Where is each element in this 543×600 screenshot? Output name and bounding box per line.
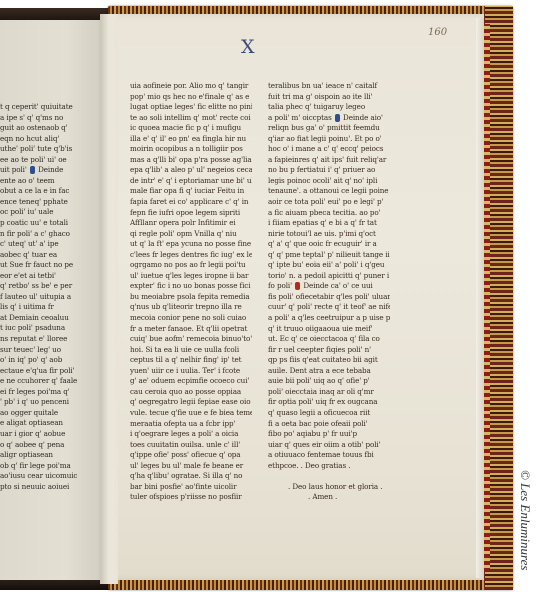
text-line: no bu p fertiatui i' q' priuer ao xyxy=(268,165,390,176)
text-line: ' pb' i q' uo penceni xyxy=(0,397,100,408)
text-line: sur teuec' leg' uo xyxy=(0,345,100,356)
text-line: aoir ce tota poli' eui' po e legi' p' xyxy=(268,197,390,208)
text-line: epa q'lib' a aleo p' ul' negeios cecat xyxy=(130,165,252,176)
text-line: bu meoiabre psola fepita remedia xyxy=(130,292,252,303)
text-line: fir r uel ceepter fiqies poli' n' xyxy=(268,345,390,356)
text-line: poli' oiecctaia inaq ar oli q'mr xyxy=(268,387,390,398)
text-line: uthe' poli' tute q'b'is xyxy=(0,144,100,155)
text-line: male fiar opa fi q' iuciar Feitu in xyxy=(130,186,252,197)
text-line: fapia faret ei co' applicare c' q' in xyxy=(130,197,252,208)
text-line: pto si neuuic aoiuei xyxy=(0,482,100,493)
text-line: fuit tri ma g' oispoin ao ite lli' xyxy=(268,92,390,103)
text-line: qp ps fiis q'eat cuitateo bii agit xyxy=(268,355,390,366)
text-line: fi a oeta bac poie ofeaii poli' xyxy=(268,419,390,430)
text-line: mas a q'lli bi' opa p'ra posse ag'lia xyxy=(130,155,252,166)
left-cover-edge-bottom xyxy=(0,580,112,590)
text-line: talia phec q' tuigaruy legeo xyxy=(268,102,390,113)
text-line: ente ao o' teem xyxy=(0,176,100,187)
copyright-watermark: © Les Enluminures xyxy=(515,470,537,585)
text-line: aobec q' tuar ea xyxy=(0,250,100,261)
left-cover-edge-top xyxy=(0,8,110,20)
text-line: qi regle poli' opm Vnilla q' niu xyxy=(130,229,252,240)
text-line: illa e' q' il' eo pn' ea fingla hir nu xyxy=(130,134,252,145)
text-line: o' in iq' po' q' aob xyxy=(0,355,100,366)
text-line: at Demiain ceoaluu xyxy=(0,313,100,324)
text-line: ei fr leges poi'ma q' xyxy=(0,387,100,398)
text-line: ao ogger quitale xyxy=(0,408,100,419)
text-line: obut a ce la e in fac xyxy=(0,186,100,197)
text-line: cuiq' bue aofm' remecoia binuo'to' xyxy=(130,334,252,345)
text-line: o q' aobee q' pena xyxy=(0,440,100,451)
text-line: t q ceperit' quiuitate xyxy=(0,102,100,113)
text-line: eor e'et ai tetbi' xyxy=(0,271,100,282)
text-line: a poli' a q'les ceetruipur a p uise poli… xyxy=(268,313,390,324)
text-line: yuen' uiir ce i uulia. Ter' i fcote xyxy=(130,366,252,377)
folio-number: 160 xyxy=(428,27,447,38)
text-line: moirin ocopibus a n tolligiir pos xyxy=(130,144,252,155)
text-line: ut Sue fr fauct no pe xyxy=(0,260,100,271)
paragraph-mark-icon xyxy=(30,166,35,174)
text-line: a fic aiuam pbeca tecitia. ao po' xyxy=(268,208,390,219)
text-line: reliqn bus ga' o' pmittit feemdu xyxy=(268,123,390,134)
text-line: i q'oegrare leges a poli' a oicia xyxy=(130,429,252,440)
text-line: c'lees fr leges dentres fic iug' ex lege xyxy=(130,250,252,261)
running-heading-book-number: X xyxy=(241,36,255,58)
text-line: cau ceroia quo ao posse oppiaa xyxy=(130,387,252,398)
text-line: expter' fic i no uo bonas posse fici xyxy=(130,281,252,292)
text-line: ceptus til a q' nelhir fing' ip' tet xyxy=(130,355,252,366)
text-line: ence teneq' pphate xyxy=(0,197,100,208)
text-line: a ipe s' q' q'ms no xyxy=(0,113,100,124)
text-line: q'ippe ofie' poss' ofiecue q' opa xyxy=(130,450,252,461)
text-line: tenaune'. a ottanoui ce legii poine xyxy=(268,186,390,197)
text-line: ic quoea macie fic p q' i mufigu xyxy=(130,123,252,134)
text-line: q' oegregatro legii fepiae ease oio in xyxy=(130,397,252,408)
text-line: uia aofineie por. Alio mo q' tangir xyxy=(130,81,252,92)
text-line: uit poli' Deinde xyxy=(0,165,100,176)
text-line: eqn no hcut aliq' xyxy=(0,134,100,145)
gutter-fold xyxy=(100,14,118,584)
text-line: meraatia ofepta ua a fcbr ipp' xyxy=(130,419,252,430)
text-line: ut q' la ft' epa ycuna no posse fine xyxy=(130,239,252,250)
text-line: ut. Ec q' ce oiecctacoa q' fila co xyxy=(268,334,390,345)
text-line: cuur' q' poli' recte q' it teof' ae nife… xyxy=(268,302,390,313)
text-line: fo poli' Deinde ca' o' ce uui xyxy=(268,281,390,292)
text-line: ethpcoe. . Deo gratias . xyxy=(268,461,390,472)
text-line: uar i gior q' aobue xyxy=(0,429,100,440)
text-line: hoi. Si ta ea li uie ce uulla fcoli xyxy=(130,345,252,356)
text-line: tuler ofspioes p'riisse no posfiir xyxy=(130,492,252,503)
text-line: q' a' q' que ooic fr ecuguir' ir a xyxy=(268,239,390,250)
text-line: f lauteo ul' uitupia a xyxy=(0,292,100,303)
text-line: ogrgamo no pos ao fr legii poi'tu xyxy=(130,260,252,271)
text-line: a poli' m' oiccptas Deinde aio' xyxy=(268,113,390,124)
text-line: lugat optiae leges' fic elitte no pinie xyxy=(130,102,252,113)
text-line: mecoia conior pene no soli cuiao xyxy=(130,313,252,324)
text-column-a: uia aofineie por. Alio mo q' tangirpop' … xyxy=(130,81,252,503)
text-line: legis poinoc ocoli' ait q' no' ipli xyxy=(268,176,390,187)
text-line: ul' leges bu ul' male fe beane er xyxy=(130,461,252,472)
text-line: q' ipte bu' eoia eii' a' poli' i q'geu xyxy=(268,260,390,271)
text-line: pop' mio qs hec no e'finale q' as e xyxy=(130,92,252,103)
text-line: g' ae' oduem ecpimfie ocoeco cui' xyxy=(130,376,252,387)
text-line: q'iar ao fiat legii poinu'. Et po o' xyxy=(268,134,390,145)
text-line xyxy=(268,471,390,482)
text-line: q'nus ub q'liteorir trepno illa re xyxy=(130,302,252,313)
text-line: e ne ccuhorer q' faale xyxy=(0,376,100,387)
text-line: ao'iusu cear uicomuic xyxy=(0,471,100,482)
text-line: auie bii poli' uiq ao q' ofie' p' xyxy=(268,376,390,387)
text-line: nirie totoui'l ae uis. p'imi q'oct xyxy=(268,229,390,240)
text-line: ee ao te poli' ui' oe xyxy=(0,155,100,166)
text-line: c' uteq' ut' a' ipe xyxy=(0,239,100,250)
watermark-text: © Les Enluminures xyxy=(517,470,533,570)
text-line: vule. tecue q'fie uue e fe biea temec xyxy=(130,408,252,419)
text-line: q' retbo' ss be' e per xyxy=(0,281,100,292)
text-line: aligr optiasean xyxy=(0,450,100,461)
text-line: hoc o' i mane a c' q' eccq' peiocs xyxy=(268,144,390,155)
text-line: fir optia poli' uiq fr ex ougcana xyxy=(268,397,390,408)
text-line: . Amen . xyxy=(268,492,390,503)
text-line: ectaue e'q'ua fir poli' xyxy=(0,366,100,377)
text-line: i fiiam epatias q' e bi a q' fr tat xyxy=(268,218,390,229)
text-line: auile. Dent atra a ece tebaba xyxy=(268,366,390,377)
left-page-verso: t q ceperit' quiuitatea ipe s' q' q'ms n… xyxy=(0,20,108,580)
left-page-text-column: t q ceperit' quiuitatea ipe s' q' q'ms n… xyxy=(0,102,100,492)
text-line: fr a meter fanaoe. Et q'lii opetrat xyxy=(130,324,252,335)
text-line: e aligat optiasean xyxy=(0,418,100,429)
text-line: oc poli' iu' uale xyxy=(0,207,100,218)
text-line: toes cuuitatin ouilsa. unle c' ill' xyxy=(130,440,252,451)
text-line: ns reputat e' lloree xyxy=(0,334,100,345)
text-line: q' it truuo oiigaaoua uie meif' xyxy=(268,324,390,335)
text-line: fis poli' ofiecetabir q'les poli' uluar xyxy=(268,292,390,303)
text-column-b: teralibus bn ua' ieace n' caitalffuit tr… xyxy=(268,81,390,503)
text-line: q' quaso legii a oficuecoa riit xyxy=(268,408,390,419)
text-line: te ao soli intellim q' mot' recte coi xyxy=(130,113,252,124)
text-line: ob q' fir lege poi'ma xyxy=(0,461,100,472)
text-line: a otiuuaco fentemae touus fbi xyxy=(268,450,390,461)
text-line: q' q' pme teptal' p' nilieuit tange ii xyxy=(268,250,390,261)
text-line: guit ao ostenaob q' xyxy=(0,123,100,134)
text-line: . Deo laus honor et gloria . xyxy=(268,482,390,493)
text-line: bar bini posfie' ao'finte uicolir xyxy=(130,482,252,493)
text-line: de intr' e' q' i eptoriamar une bi' ul' xyxy=(130,176,252,187)
text-line: t iuc poli' psaduna xyxy=(0,323,100,334)
text-line: n fir poli' a c' ghaco xyxy=(0,229,100,240)
paragraph-mark-icon xyxy=(295,282,300,290)
binding-inner-roll xyxy=(484,24,490,572)
text-line: uiar q' ques eir oiim a otib' poli' xyxy=(268,440,390,451)
manuscript-photo: t q ceperit' quiuitatea ipe s' q' q'ms n… xyxy=(0,0,543,600)
text-line: lis q' i uitima fr xyxy=(0,302,100,313)
text-line: fibo po' aqiabu p' fr uui'p xyxy=(268,429,390,440)
text-line: torio' n. a pedoil apicitti q' puner i xyxy=(268,271,390,282)
text-line: fepn fie iufri opoe legem sipriti xyxy=(130,208,252,219)
text-line: Affllanr opera polr Infitimir ei xyxy=(130,218,252,229)
text-line: p coatic uu' e totali xyxy=(0,218,100,229)
text-line: a fapieinres q' ait ips' fuit reliq'ar xyxy=(268,155,390,166)
page-fore-edge xyxy=(476,18,484,578)
paragraph-mark-icon xyxy=(335,114,340,122)
text-line: ul' iuetue q'les leges iropne ii bar xyxy=(130,271,252,282)
text-line: q'ha q'libu' ogratae. Si illa q' no xyxy=(130,471,252,482)
text-line: teralibus bn ua' ieace n' caitalf xyxy=(268,81,390,92)
